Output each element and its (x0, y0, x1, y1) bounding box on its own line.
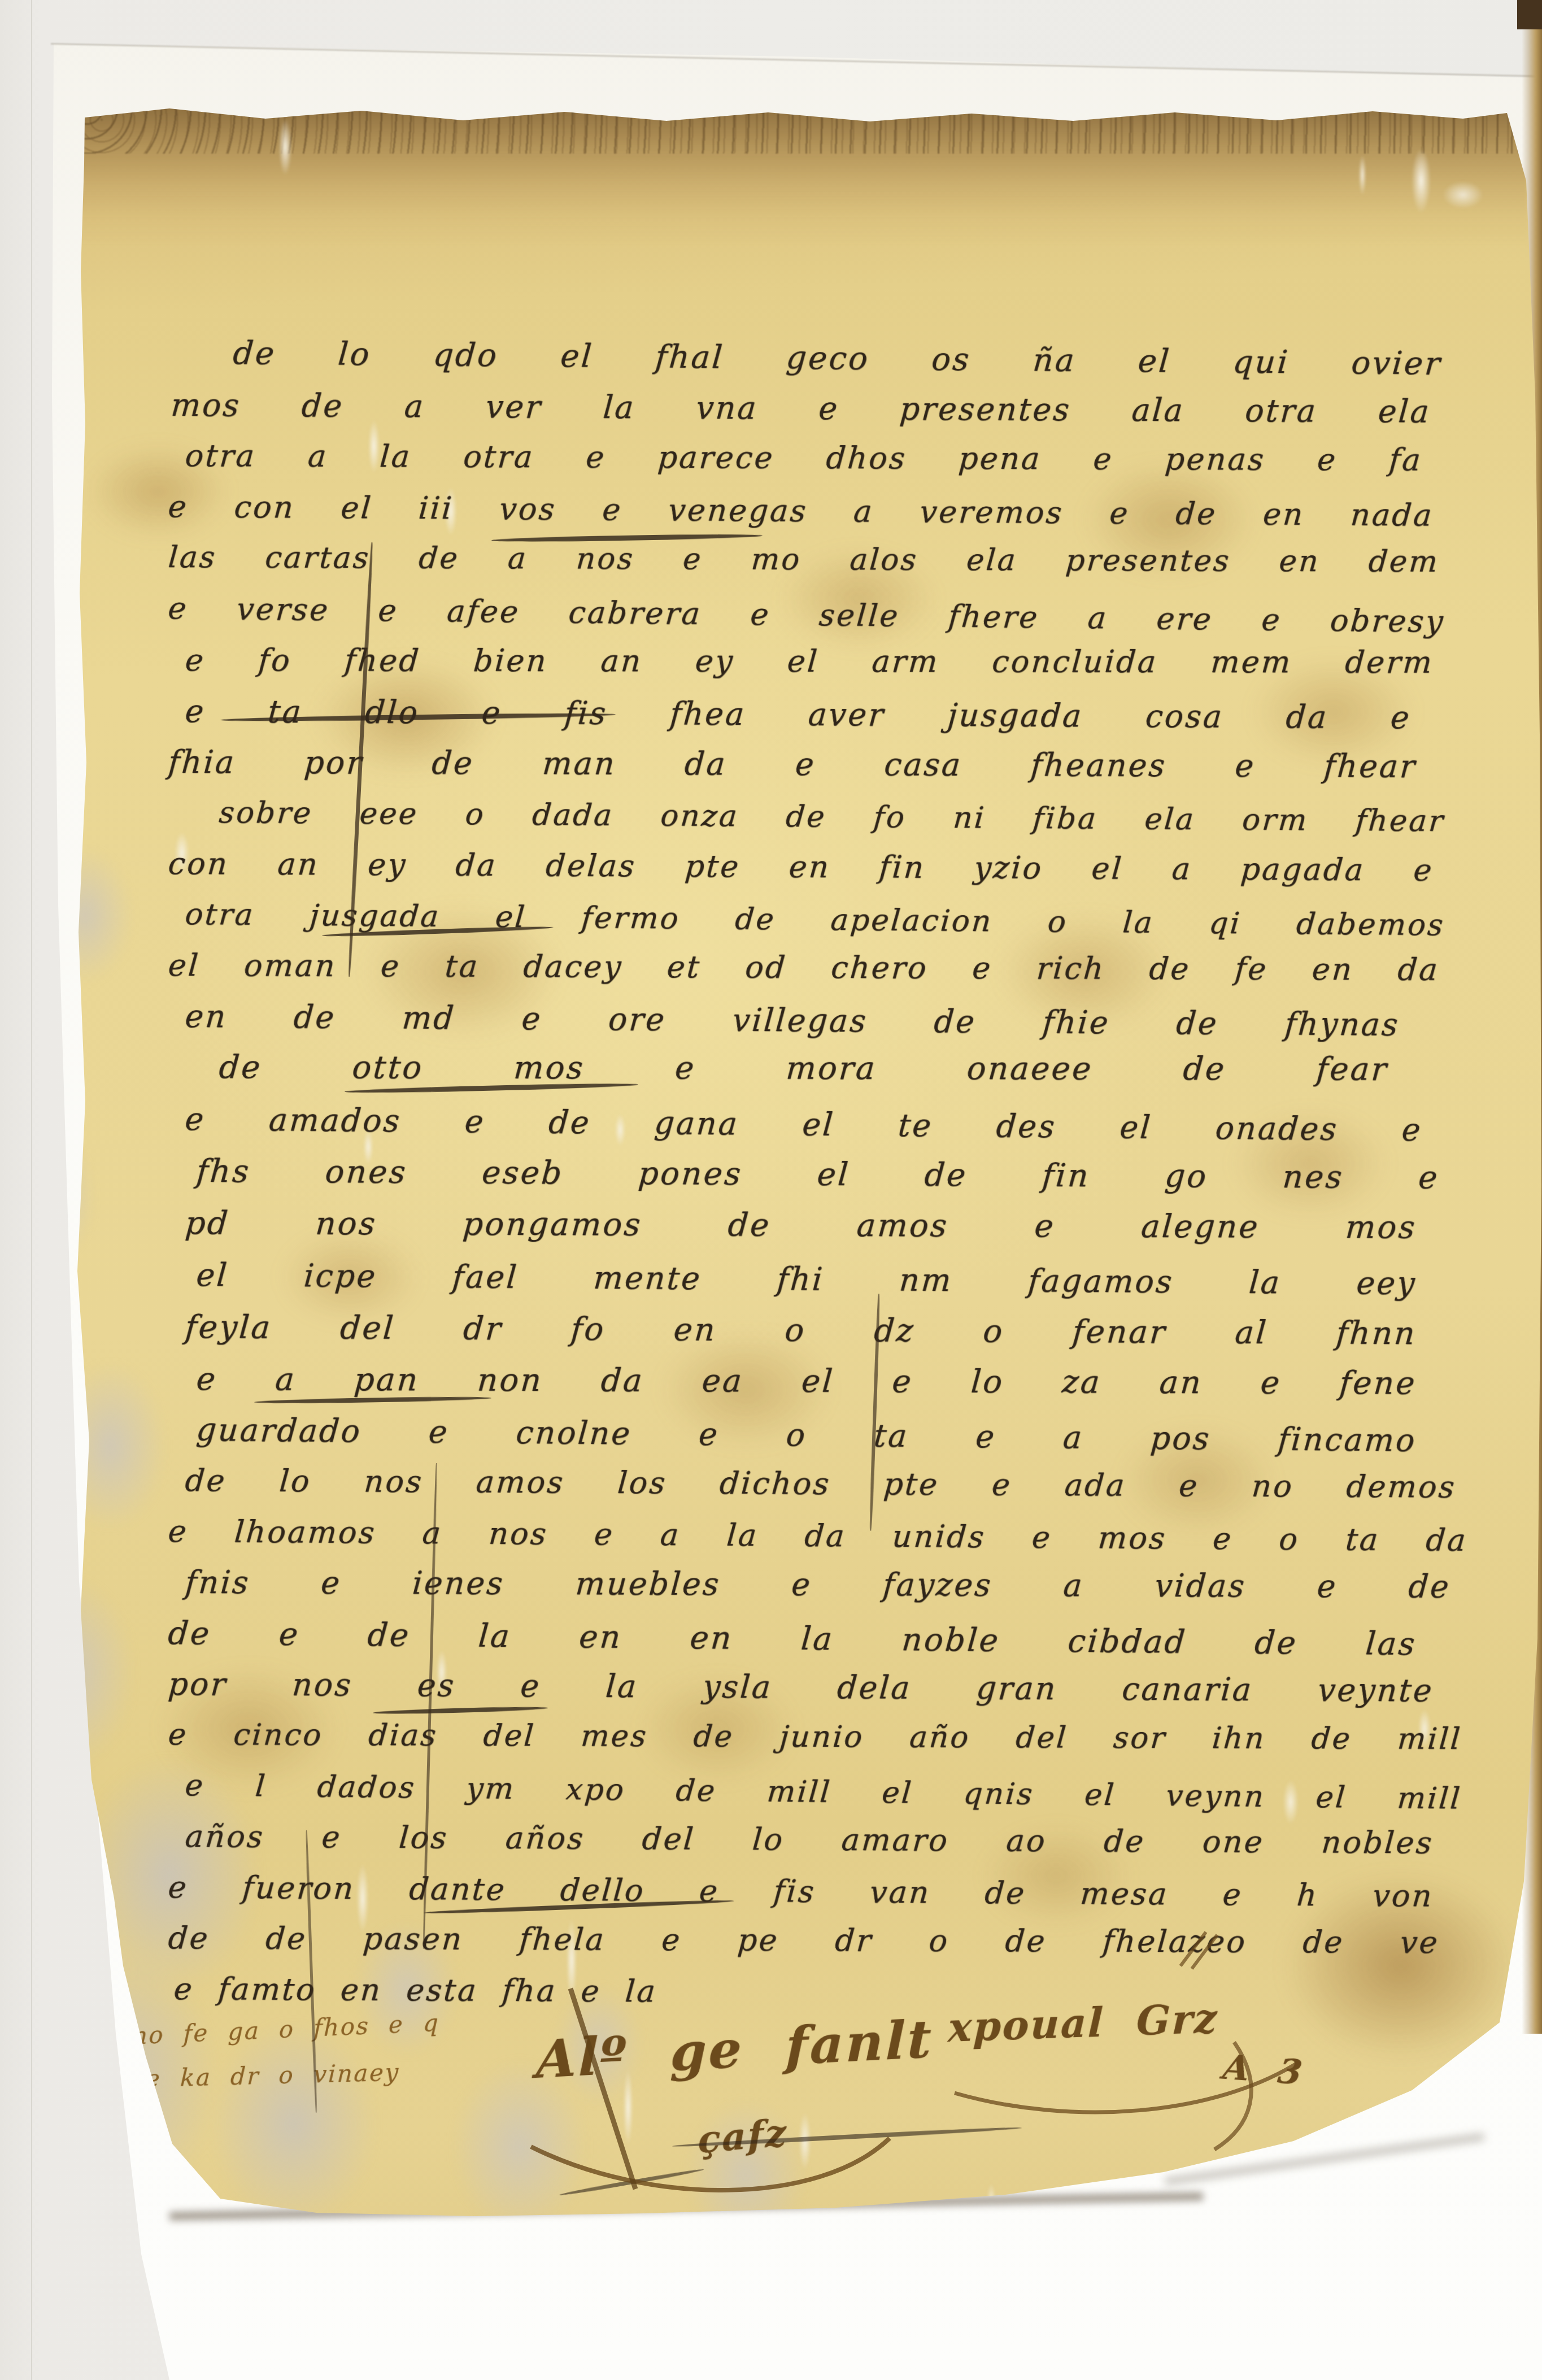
gutter-shadow-corner (1517, 0, 1542, 29)
manuscript-scan: de lo qdo el fhal geco os ña el qui ovie… (0, 0, 1542, 2380)
manuscript-page: de lo qdo el fhal geco os ña el qui ovie… (0, 0, 1542, 2380)
rubric-right-tick (1181, 1932, 1217, 1969)
scan-mat-crease (31, 0, 32, 2380)
rubric-center-underloop (531, 2138, 890, 2190)
signature-rubrics (0, 0, 1542, 2380)
rubric-center-cross (570, 1989, 635, 2189)
